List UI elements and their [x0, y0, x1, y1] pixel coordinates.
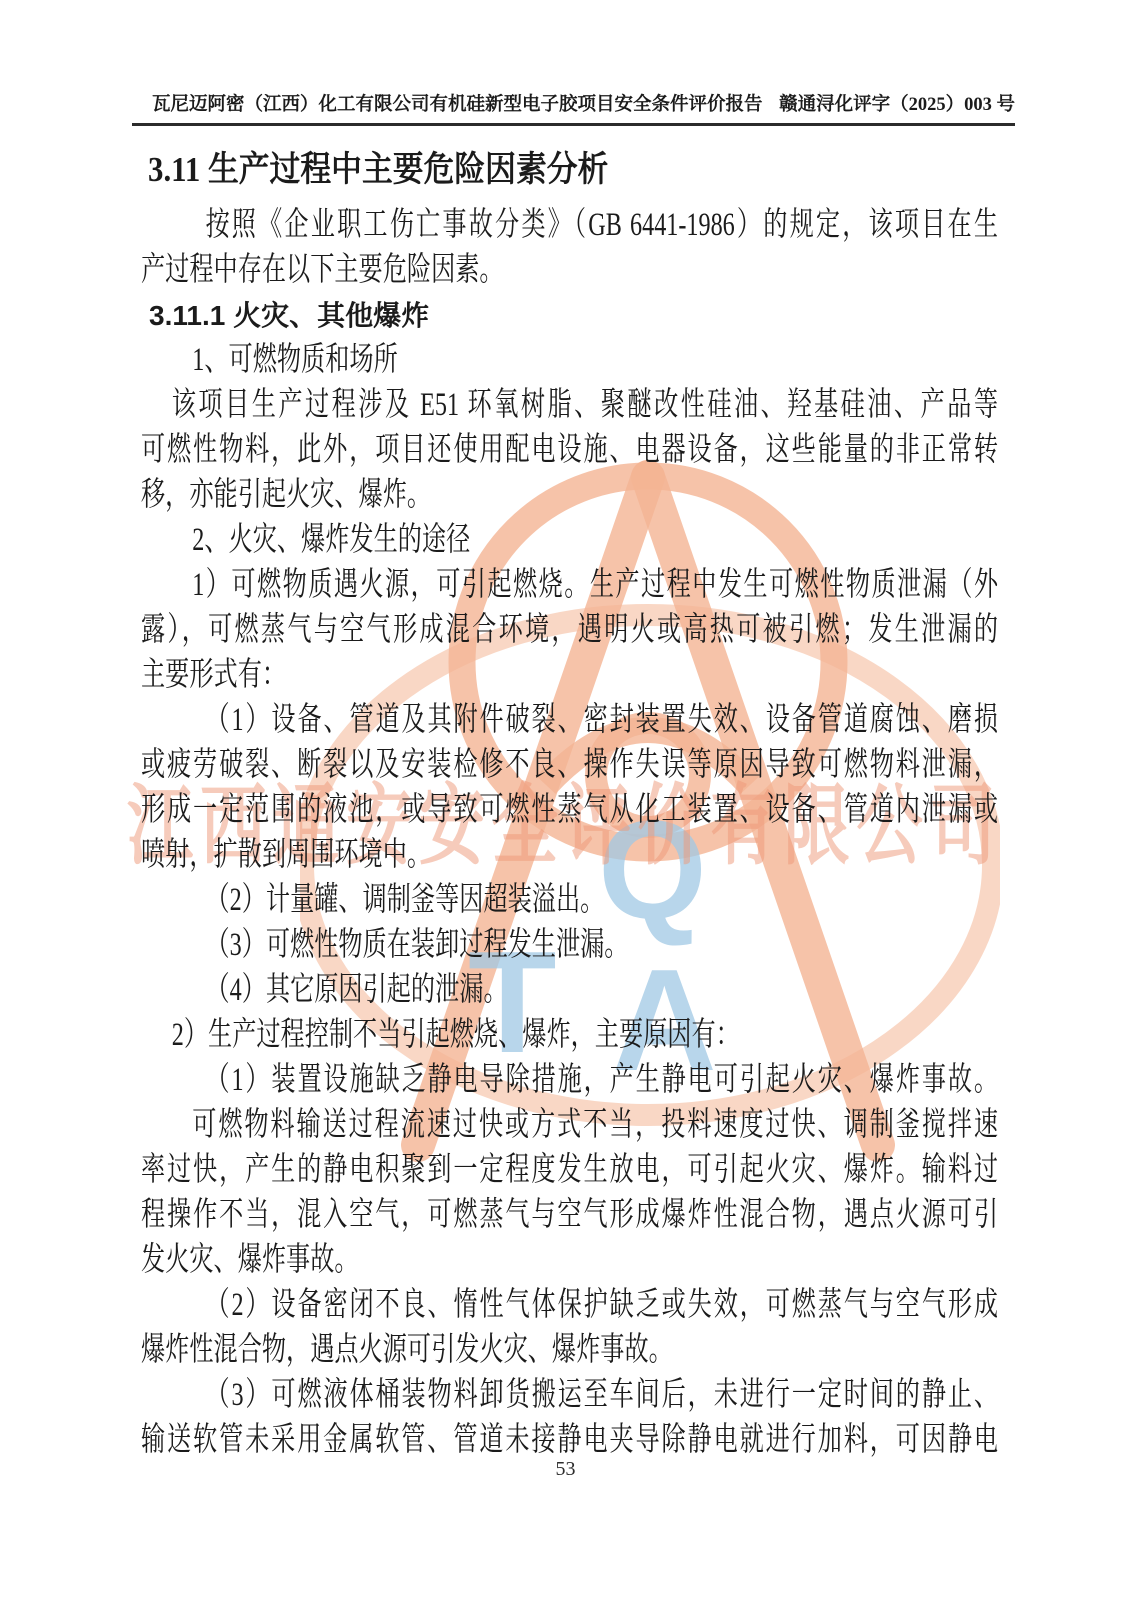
text-line: 发火灾、爆炸事故。 — [141, 1238, 998, 1283]
text-line: 3.11 生产过程中主要危险因素分析 — [141, 145, 940, 203]
page-number: 53 — [0, 1458, 1131, 1481]
text-line: 形成一定范围的液池，或导致可燃性蒸气从化工装置、设备、管道内泄漏或 — [141, 788, 998, 833]
text-line: 该项目生产过程涉及 E51 环氧树脂、聚醚改性硅油、羟基硅油、产品等 — [141, 383, 998, 428]
text-line: 移，亦能引起火灾、爆炸。 — [141, 473, 998, 518]
text-line: （2）计量罐、调制釜等因超装溢出。 — [141, 878, 998, 923]
text-line: （3）可燃性物质在装卸过程发生泄漏。 — [141, 923, 998, 968]
text-line: 率过快，产生的静电积聚到一定程度发生放电，可引起火灾、爆炸。输料过 — [141, 1148, 998, 1193]
text-line: 1）可燃物质遇火源，可引起燃烧。生产过程中发生可燃性物质泄漏（外 — [141, 563, 998, 608]
document-body: 3.11 生产过程中主要危险因素分析按照《企业职工伤亡事故分类》（GB 6441… — [141, 145, 1011, 1463]
text-line: 3.11.1 火灾、其他爆炸 — [141, 293, 1011, 338]
text-line: （3）可燃液体桶装物料卸货搬运至车间后，未进行一定时间的静止、 — [141, 1373, 998, 1418]
text-line: 爆炸性混合物，遇点火源可引发火灾、爆炸事故。 — [141, 1328, 998, 1373]
text-line: （4）其它原因引起的泄漏。 — [141, 968, 998, 1013]
text-line: 可燃性物料，此外，项目还使用配电设施、电器设备，这些能量的非正常转 — [141, 428, 998, 473]
text-line: （2）设备密闭不良、惰性气体保护缺乏或失效，可燃蒸气与空气形成 — [141, 1283, 998, 1328]
text-line: （1）设备、管道及其附件破裂、密封装置失效、设备管道腐蚀、磨损 — [141, 698, 998, 743]
text-line: 程操作不当，混入空气，可燃蒸气与空气形成爆炸性混合物，遇点火源可引 — [141, 1193, 998, 1238]
text-line: 2、火灾、爆炸发生的途径 — [141, 518, 998, 563]
text-line: 输送软管未采用金属软管、管道未接静电夹导除静电就进行加料，可因静电 — [141, 1418, 998, 1463]
text-line: 或疲劳破裂、断裂以及安装检修不良、操作失误等原因导致可燃物料泄漏， — [141, 743, 998, 788]
header-report-title: 瓦尼迈阿密（江西）化工有限公司有机硅新型电子胶项目安全条件评价报告 — [152, 90, 763, 116]
text-line: 喷射，扩散到周围环境中。 — [141, 833, 998, 878]
page-header: 瓦尼迈阿密（江西）化工有限公司有机硅新型电子胶项目安全条件评价报告 赣通浔化评字… — [132, 90, 1015, 126]
text-line: 可燃物料输送过程流速过快或方式不当，投料速度过快、调制釜搅拌速 — [141, 1103, 998, 1148]
text-line: 2）生产过程控制不当引起燃烧、爆炸，主要原因有： — [141, 1013, 998, 1058]
text-line: 1、可燃物质和场所 — [141, 338, 998, 383]
text-line: 露），可燃蒸气与空气形成混合环境，遇明火或高热可被引燃；发生泄漏的 — [141, 608, 998, 653]
text-line: 按照《企业职工伤亡事故分类》（GB 6441-1986）的规定，该项目在生 — [141, 203, 998, 248]
text-line: （1）装置设施缺乏静电导除措施，产生静电可引起火灾、爆炸事故。 — [141, 1058, 998, 1103]
text-line: 主要形式有： — [141, 653, 998, 698]
text-line: 产过程中存在以下主要危险因素。 — [141, 248, 998, 293]
document-page: Q T A 江西通安安全评价有限公司 瓦尼迈阿密（江西）化工有限公司有机硅新型电… — [0, 0, 1131, 1600]
header-document-number: 赣通浔化评字（2025）003 号 — [779, 90, 1015, 116]
